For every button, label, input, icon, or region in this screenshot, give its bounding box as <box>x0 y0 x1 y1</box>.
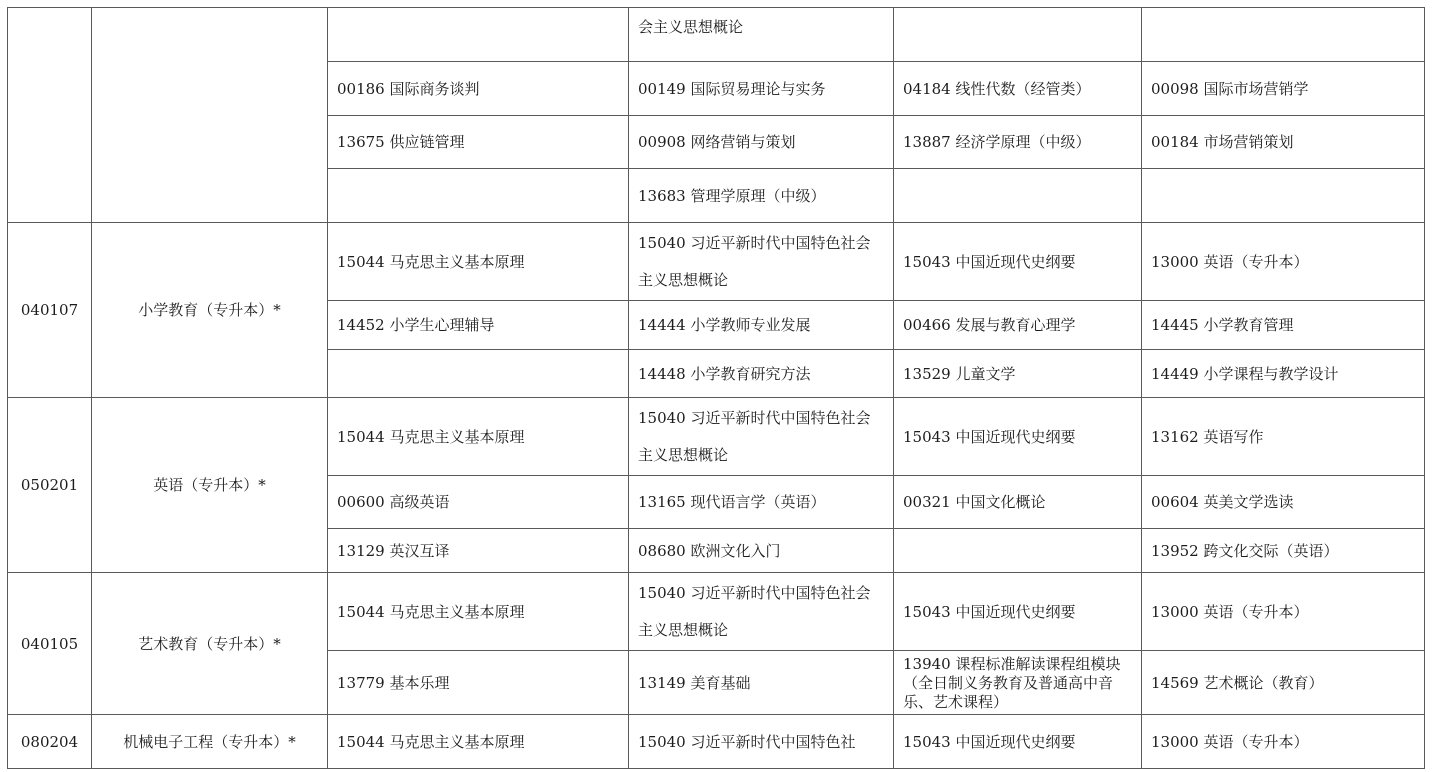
course-cell: 13887 经济学原理（中级） <box>894 116 1142 169</box>
course-cell: 13529 儿童文学 <box>894 350 1142 398</box>
course-cell: 14444 小学教师专业发展 <box>629 301 894 350</box>
course-cell: 00186 国际商务谈判 <box>328 62 629 116</box>
major-name-cell: 艺术教育（专升本）* <box>92 573 328 715</box>
course-cell: 13129 英汉互译 <box>328 529 629 573</box>
course-cell: 14449 小学课程与教学设计 <box>1142 350 1425 398</box>
major-name-cell: 机械电子工程（专升本）* <box>92 715 328 769</box>
course-cell: 00321 中国文化概论 <box>894 476 1142 529</box>
course-cell <box>894 169 1142 223</box>
course-cell: 13165 现代语言学（英语） <box>629 476 894 529</box>
major-code-cell: 040105 <box>8 573 92 715</box>
course-cell <box>1142 8 1425 62</box>
major-code-cell: 050201 <box>8 398 92 573</box>
major-code-cell <box>8 8 92 223</box>
course-cell: 15044 马克思主义基本原理 <box>328 573 629 651</box>
table-row: 050201 英语（专升本）* 15044 马克思主义基本原理 15040 习近… <box>8 398 1425 476</box>
course-cell: 00604 英美文学选读 <box>1142 476 1425 529</box>
course-cell: 13683 管理学原理（中级） <box>629 169 894 223</box>
course-cell <box>328 350 629 398</box>
course-cell: 15040 习近平新时代中国特色社 <box>629 715 894 769</box>
major-code-cell: 040107 <box>8 223 92 398</box>
course-cell <box>894 529 1142 573</box>
course-cell: 00466 发展与教育心理学 <box>894 301 1142 350</box>
course-cell: 14452 小学生心理辅导 <box>328 301 629 350</box>
course-cell: 00600 高级英语 <box>328 476 629 529</box>
course-cell: 15044 马克思主义基本原理 <box>328 715 629 769</box>
course-cell: 13779 基本乐理 <box>328 651 629 715</box>
major-name-cell: 英语（专升本）* <box>92 398 328 573</box>
course-cell: 15040 习近平新时代中国特色社会主义思想概论 <box>629 573 894 651</box>
course-cell: 00908 网络营销与策划 <box>629 116 894 169</box>
course-cell: 13675 供应链管理 <box>328 116 629 169</box>
course-cell <box>1142 169 1425 223</box>
course-cell: 15044 马克思主义基本原理 <box>328 398 629 476</box>
course-cell: 00149 国际贸易理论与实务 <box>629 62 894 116</box>
course-cell: 15044 马克思主义基本原理 <box>328 223 629 301</box>
table-row: 040105 艺术教育（专升本）* 15044 马克思主义基本原理 15040 … <box>8 573 1425 651</box>
course-schedule-table-container: 会主义思想概论 00186 国际商务谈判 00149 国际贸易理论与实务 041… <box>7 7 1425 769</box>
course-cell: 14445 小学教育管理 <box>1142 301 1425 350</box>
major-name-cell: 小学教育（专升本）* <box>92 223 328 398</box>
course-cell: 14569 艺术概论（教育） <box>1142 651 1425 715</box>
course-cell: 13000 英语（专升本） <box>1142 223 1425 301</box>
course-cell: 08680 欧洲文化入门 <box>629 529 894 573</box>
course-cell: 15040 习近平新时代中国特色社会主义思想概论 <box>629 398 894 476</box>
course-cell: 00098 国际市场营销学 <box>1142 62 1425 116</box>
course-cell: 15043 中国近现代史纲要 <box>894 573 1142 651</box>
course-cell: 15043 中国近现代史纲要 <box>894 223 1142 301</box>
course-cell <box>328 169 629 223</box>
course-cell: 13162 英语写作 <box>1142 398 1425 476</box>
course-cell: 会主义思想概论 <box>629 8 894 62</box>
course-cell: 14448 小学教育研究方法 <box>629 350 894 398</box>
course-cell: 13000 英语（专升本） <box>1142 715 1425 769</box>
course-cell: 13000 英语（专升本） <box>1142 573 1425 651</box>
course-schedule-table: 会主义思想概论 00186 国际商务谈判 00149 国际贸易理论与实务 041… <box>7 7 1425 769</box>
course-cell <box>328 8 629 62</box>
table-row: 080204 机械电子工程（专升本）* 15044 马克思主义基本原理 1504… <box>8 715 1425 769</box>
major-code-cell: 080204 <box>8 715 92 769</box>
course-cell <box>894 8 1142 62</box>
course-cell: 13952 跨文化交际（英语） <box>1142 529 1425 573</box>
table-row: 会主义思想概论 <box>8 8 1425 62</box>
course-cell: 04184 线性代数（经管类） <box>894 62 1142 116</box>
table-row: 040107 小学教育（专升本）* 15044 马克思主义基本原理 15040 … <box>8 223 1425 301</box>
course-cell: 13940 课程标准解读课程组模块（全日制义务教育及普通高中音乐、艺术课程） <box>894 651 1142 715</box>
course-cell: 15043 中国近现代史纲要 <box>894 398 1142 476</box>
course-cell: 13149 美育基础 <box>629 651 894 715</box>
course-cell: 15043 中国近现代史纲要 <box>894 715 1142 769</box>
course-cell: 00184 市场营销策划 <box>1142 116 1425 169</box>
course-cell: 15040 习近平新时代中国特色社会主义思想概论 <box>629 223 894 301</box>
major-name-cell <box>92 8 328 223</box>
